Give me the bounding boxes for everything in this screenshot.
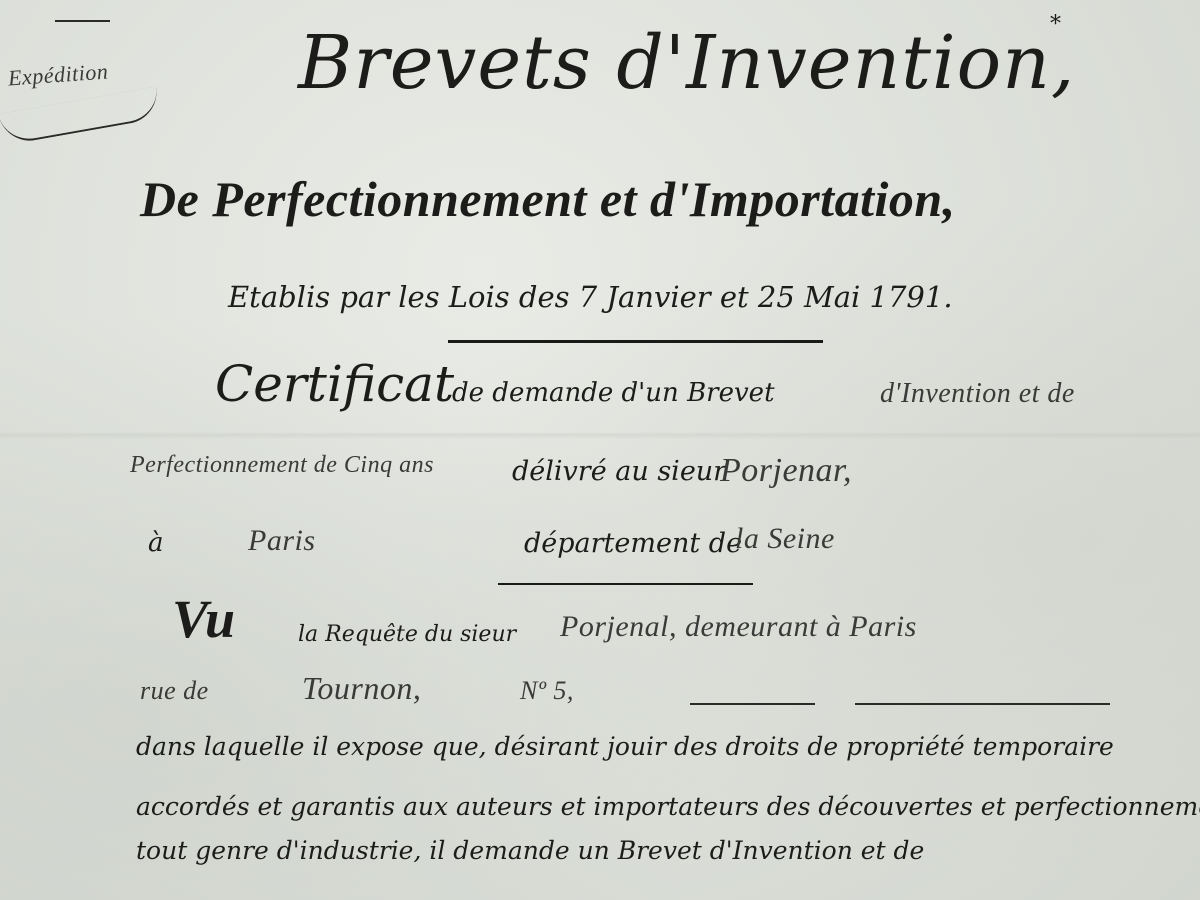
paper-background (0, 0, 1200, 900)
applicant-name: Porjenar, (720, 452, 852, 490)
divider-rule (498, 583, 753, 585)
body-text-line: accordés et garantis aux auteurs et impo… (136, 792, 1200, 821)
law-reference: Etablis par les Lois des 7 Janvier et 25… (228, 280, 953, 314)
margin-note-flourish (0, 86, 162, 145)
printed-request: la Requête du sieur (298, 622, 516, 647)
divider-rule (448, 340, 823, 343)
street-name: Tournon, (302, 670, 421, 707)
department-name: la Seine (735, 522, 835, 556)
margin-note-bar (55, 20, 110, 22)
document-subtitle: De Perfectionnement et d'Importation, (140, 170, 956, 228)
handwritten-duration: Perfectionnement de Cinq ans (130, 452, 434, 479)
street-number: Nº 5, (520, 676, 574, 706)
certificate-heading: Certificat (215, 355, 454, 413)
printed-a: à (148, 528, 164, 558)
document-title: Brevets d'Invention, (298, 20, 1075, 106)
applicant-city: Paris (248, 524, 316, 558)
handwritten-patent-type: d'Invention et de (880, 378, 1075, 410)
printed-delivered-to: délivré au sieur (512, 456, 726, 487)
body-text-line: tout genre d'industrie, il demande un Br… (136, 836, 924, 865)
street-prefix: rue de (140, 676, 209, 706)
certificate-printed-text: de demande d'un Brevet (452, 378, 775, 408)
star-icon: * (1050, 12, 1061, 37)
body-text-line: dans laquelle il expose que, désirant jo… (136, 732, 1114, 761)
margin-note: Expédition (7, 59, 109, 92)
blank-fill-line (690, 703, 815, 705)
vu-heading: Vu (172, 588, 235, 650)
printed-department: département de (524, 528, 742, 559)
blank-fill-line (855, 703, 1110, 705)
handwritten-residence: Porjenal, demeurant à Paris (560, 610, 917, 644)
